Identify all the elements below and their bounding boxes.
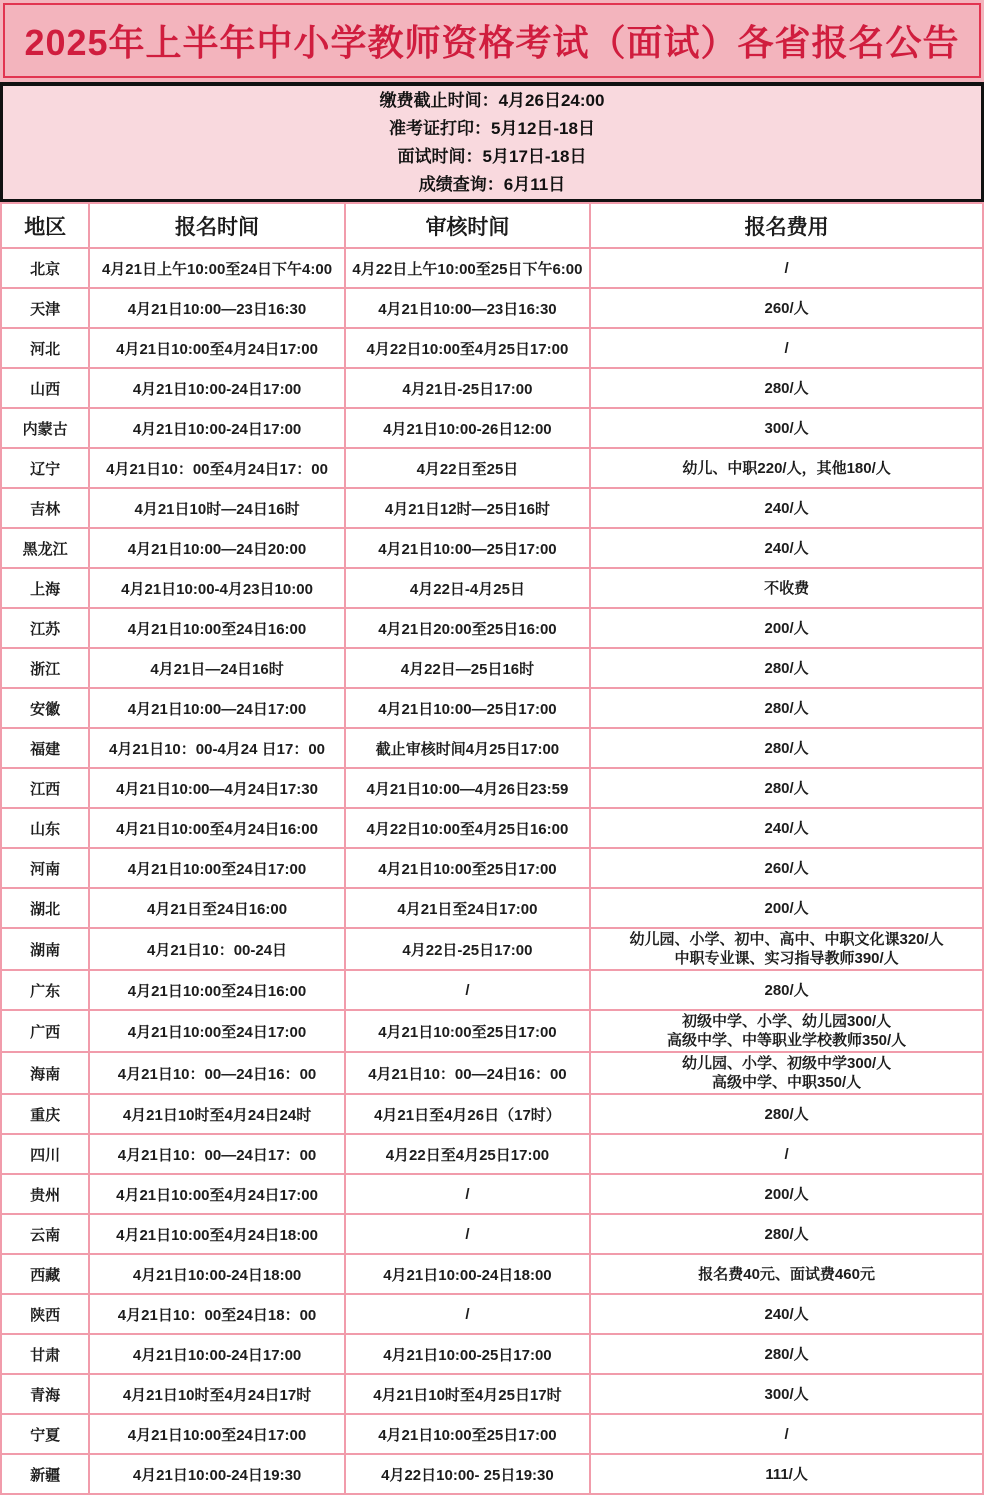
table-row: 安徽4月21日10:00—24日17:004月21日10:00—25日17:00… bbox=[1, 688, 983, 728]
fee-line: 240/人 bbox=[593, 539, 980, 558]
fee-cell: 幼儿园、小学、初级中学300/人高级中学、中职350/人 bbox=[590, 1052, 983, 1094]
fee-cell: 260/人 bbox=[590, 848, 983, 888]
audit-time-cell: 4月21日-25日17:00 bbox=[345, 368, 591, 408]
fee-cell: 报名费40元、面试费460元 bbox=[590, 1254, 983, 1294]
fee-line: / bbox=[593, 339, 980, 358]
table-row: 天津4月21日10:00—23日16:304月21日10:00—23日16:30… bbox=[1, 288, 983, 328]
title-banner: 2025年上半年中小学教师资格考试（面试）各省报名公告 bbox=[0, 0, 984, 82]
region-cell: 甘肃 bbox=[1, 1334, 89, 1374]
table-row: 湖北4月21日至24日16:004月21日至24日17:00200/人 bbox=[1, 888, 983, 928]
audit-time-cell: 4月22日-25日17:00 bbox=[345, 928, 591, 970]
audit-time-cell: / bbox=[345, 970, 591, 1010]
signup-time-cell: 4月21日10:00-24日19:30 bbox=[89, 1454, 344, 1494]
region-cell: 黑龙江 bbox=[1, 528, 89, 568]
fee-cell: / bbox=[590, 1134, 983, 1174]
audit-time-cell: 4月21日10:00—23日16:30 bbox=[345, 288, 591, 328]
region-cell: 山东 bbox=[1, 808, 89, 848]
region-cell: 西藏 bbox=[1, 1254, 89, 1294]
fee-cell: 200/人 bbox=[590, 888, 983, 928]
fee-line: 240/人 bbox=[593, 1305, 980, 1324]
region-cell: 山西 bbox=[1, 368, 89, 408]
signup-time-cell: 4月21日10:00-24日18:00 bbox=[89, 1254, 344, 1294]
audit-time-cell: 4月22日上午10:00至25日下午6:00 bbox=[345, 248, 591, 288]
title-frame: 2025年上半年中小学教师资格考试（面试）各省报名公告 bbox=[3, 3, 981, 78]
audit-time-cell: / bbox=[345, 1294, 591, 1334]
table-row: 浙江4月21日—24日16时4月22日—25日16时280/人 bbox=[1, 648, 983, 688]
table-row: 福建4月21日10：00-4月24 日17：00截止审核时间4月25日17:00… bbox=[1, 728, 983, 768]
fee-cell: 280/人 bbox=[590, 1334, 983, 1374]
fee-cell: 200/人 bbox=[590, 608, 983, 648]
fee-cell: 280/人 bbox=[590, 970, 983, 1010]
fee-line: 240/人 bbox=[593, 819, 980, 838]
fee-cell: 幼儿、中职220/人，其他180/人 bbox=[590, 448, 983, 488]
audit-time-cell: 4月21日10:00至25日17:00 bbox=[345, 1010, 591, 1052]
fee-cell: 280/人 bbox=[590, 1214, 983, 1254]
fee-cell: 初级中学、小学、幼儿园300/人高级中学、中等职业学校教师350/人 bbox=[590, 1010, 983, 1052]
region-cell: 贵州 bbox=[1, 1174, 89, 1214]
table-row: 四川4月21日10：00—24日17：004月22日至4月25日17:00/ bbox=[1, 1134, 983, 1174]
table-row: 广西4月21日10:00至24日17:004月21日10:00至25日17:00… bbox=[1, 1010, 983, 1052]
fee-cell: 240/人 bbox=[590, 1294, 983, 1334]
table-row: 江苏4月21日10:00至24日16:004月21日20:00至25日16:00… bbox=[1, 608, 983, 648]
table-row: 云南4月21日10:00至4月24日18:00/280/人 bbox=[1, 1214, 983, 1254]
table-row: 青海4月21日10时至4月24日17时4月21日10时至4月25日17时300/… bbox=[1, 1374, 983, 1414]
fee-line: 280/人 bbox=[593, 1225, 980, 1244]
audit-time-cell: / bbox=[345, 1214, 591, 1254]
region-cell: 陕西 bbox=[1, 1294, 89, 1334]
region-cell: 重庆 bbox=[1, 1094, 89, 1134]
audit-time-cell: 4月21日10:00-26日12:00 bbox=[345, 408, 591, 448]
region-cell: 北京 bbox=[1, 248, 89, 288]
fee-cell: 不收费 bbox=[590, 568, 983, 608]
region-cell: 上海 bbox=[1, 568, 89, 608]
fee-line: 200/人 bbox=[593, 899, 980, 918]
fee-line: 200/人 bbox=[593, 619, 980, 638]
region-cell: 四川 bbox=[1, 1134, 89, 1174]
fee-cell: 111/人 bbox=[590, 1454, 983, 1494]
signup-time-cell: 4月21日10时至4月24日24时 bbox=[89, 1094, 344, 1134]
audit-time-cell: / bbox=[345, 1174, 591, 1214]
table-row: 贵州4月21日10:00至4月24日17:00/200/人 bbox=[1, 1174, 983, 1214]
fee-cell: 300/人 bbox=[590, 408, 983, 448]
table-row: 河北4月21日10:00至4月24日17:004月22日10:00至4月25日1… bbox=[1, 328, 983, 368]
table-row: 重庆4月21日10时至4月24日24时4月21日至4月26日（17时）280/人 bbox=[1, 1094, 983, 1134]
audit-time-cell: 4月22日10:00至4月25日17:00 bbox=[345, 328, 591, 368]
signup-time-cell: 4月21日10：00—24日16：00 bbox=[89, 1052, 344, 1094]
fee-cell: 300/人 bbox=[590, 1374, 983, 1414]
region-cell: 湖南 bbox=[1, 928, 89, 970]
signup-time-cell: 4月21日10:00—24日17:00 bbox=[89, 688, 344, 728]
signup-time-cell: 4月21日10:00至4月24日18:00 bbox=[89, 1214, 344, 1254]
audit-time-cell: 4月21日10:00—25日17:00 bbox=[345, 528, 591, 568]
signup-time-cell: 4月21日10:00—4月24日17:30 bbox=[89, 768, 344, 808]
fee-line: / bbox=[593, 1425, 980, 1444]
fee-cell: 幼儿园、小学、初中、高中、中职文化课320/人中职专业课、实习指导教师390/人 bbox=[590, 928, 983, 970]
audit-time-cell: 4月21日12时—25日16时 bbox=[345, 488, 591, 528]
table-row: 内蒙古4月21日10:00-24日17:004月21日10:00-26日12:0… bbox=[1, 408, 983, 448]
signup-time-cell: 4月21日至24日16:00 bbox=[89, 888, 344, 928]
table-row: 北京4月21日上午10:00至24日下午4:004月22日上午10:00至25日… bbox=[1, 248, 983, 288]
signup-time-cell: 4月21日10时—24日16时 bbox=[89, 488, 344, 528]
notice-line-payment-deadline: 缴费截止时间：4月26日24:00 bbox=[3, 88, 981, 114]
table-row: 黑龙江4月21日10:00—24日20:004月21日10:00—25日17:0… bbox=[1, 528, 983, 568]
region-cell: 江苏 bbox=[1, 608, 89, 648]
header-signup-time: 报名时间 bbox=[89, 203, 344, 248]
fee-cell: 280/人 bbox=[590, 648, 983, 688]
table-row: 上海4月21日10:00-4月23日10:004月22日-4月25日不收费 bbox=[1, 568, 983, 608]
signup-time-cell: 4月21日上午10:00至24日下午4:00 bbox=[89, 248, 344, 288]
region-cell: 天津 bbox=[1, 288, 89, 328]
signup-time-cell: 4月21日10:00—24日20:00 bbox=[89, 528, 344, 568]
signup-time-cell: 4月21日10:00-24日17:00 bbox=[89, 1334, 344, 1374]
fee-line: 280/人 bbox=[593, 981, 980, 1000]
signup-time-cell: 4月21日10：00-4月24 日17：00 bbox=[89, 728, 344, 768]
registration-table: 地区 报名时间 审核时间 报名费用 北京4月21日上午10:00至24日下午4:… bbox=[0, 202, 984, 1495]
fee-line: 初级中学、小学、幼儿园300/人 bbox=[593, 1012, 980, 1031]
signup-time-cell: 4月21日10:00至24日17:00 bbox=[89, 1010, 344, 1052]
signup-time-cell: 4月21日10:00-24日17:00 bbox=[89, 368, 344, 408]
signup-time-cell: 4月21日10：00至4月24日17：00 bbox=[89, 448, 344, 488]
fee-line: 高级中学、中职350/人 bbox=[593, 1073, 980, 1092]
fee-line: 幼儿园、小学、初中、高中、中职文化课320/人 bbox=[593, 930, 980, 949]
fee-cell: 240/人 bbox=[590, 808, 983, 848]
region-cell: 新疆 bbox=[1, 1454, 89, 1494]
table-row: 湖南4月21日10：00-24日4月22日-25日17:00幼儿园、小学、初中、… bbox=[1, 928, 983, 970]
notice-line-interview-time: 面试时间：5月17日-18日 bbox=[3, 144, 981, 170]
signup-time-cell: 4月21日10时至4月24日17时 bbox=[89, 1374, 344, 1414]
signup-time-cell: 4月21日10:00至24日16:00 bbox=[89, 608, 344, 648]
audit-time-cell: 4月22日至4月25日17:00 bbox=[345, 1134, 591, 1174]
fee-cell: 280/人 bbox=[590, 768, 983, 808]
region-cell: 河南 bbox=[1, 848, 89, 888]
fee-line: 280/人 bbox=[593, 699, 980, 718]
audit-time-cell: 4月21日10:00—25日17:00 bbox=[345, 688, 591, 728]
audit-time-cell: 4月21日10:00-24日18:00 bbox=[345, 1254, 591, 1294]
fee-line: 260/人 bbox=[593, 859, 980, 878]
region-cell: 青海 bbox=[1, 1374, 89, 1414]
audit-time-cell: 4月21日10:00至25日17:00 bbox=[345, 848, 591, 888]
page-title: 2025年上半年中小学教师资格考试（面试）各省报名公告 bbox=[24, 15, 959, 66]
fee-cell: 200/人 bbox=[590, 1174, 983, 1214]
region-cell: 海南 bbox=[1, 1052, 89, 1094]
table-row: 新疆4月21日10:00-24日19:304月22日10:00- 25日19:3… bbox=[1, 1454, 983, 1494]
signup-time-cell: 4月21日10：00至24日18：00 bbox=[89, 1294, 344, 1334]
region-cell: 广西 bbox=[1, 1010, 89, 1052]
audit-time-cell: 4月21日至24日17:00 bbox=[345, 888, 591, 928]
audit-time-cell: 4月21日10:00至25日17:00 bbox=[345, 1414, 591, 1454]
signup-time-cell: 4月21日10：00-24日 bbox=[89, 928, 344, 970]
header-fee: 报名费用 bbox=[590, 203, 983, 248]
region-cell: 湖北 bbox=[1, 888, 89, 928]
fee-line: 300/人 bbox=[593, 419, 980, 438]
table-row: 辽宁4月21日10：00至4月24日17：004月22日至25日幼儿、中职220… bbox=[1, 448, 983, 488]
region-cell: 河北 bbox=[1, 328, 89, 368]
region-cell: 云南 bbox=[1, 1214, 89, 1254]
fee-line: 280/人 bbox=[593, 1105, 980, 1124]
fee-line: 不收费 bbox=[593, 579, 980, 598]
fee-cell: 260/人 bbox=[590, 288, 983, 328]
table-row: 海南4月21日10：00—24日16：004月21日10：00—24日16：00… bbox=[1, 1052, 983, 1094]
announcement-page: 2025年上半年中小学教师资格考试（面试）各省报名公告 缴费截止时间：4月26日… bbox=[0, 0, 984, 1495]
table-row: 宁夏4月21日10:00至24日17:004月21日10:00至25日17:00… bbox=[1, 1414, 983, 1454]
fee-line: 报名费40元、面试费460元 bbox=[593, 1265, 980, 1284]
signup-time-cell: 4月21日10:00至24日17:00 bbox=[89, 1414, 344, 1454]
fee-line: 280/人 bbox=[593, 659, 980, 678]
audit-time-cell: 4月22日10:00至4月25日16:00 bbox=[345, 808, 591, 848]
table-head: 地区 报名时间 审核时间 报名费用 bbox=[1, 203, 983, 248]
audit-time-cell: 4月21日10时至4月25日17时 bbox=[345, 1374, 591, 1414]
audit-time-cell: 4月21日10:00—4月26日23:59 bbox=[345, 768, 591, 808]
fee-cell: 240/人 bbox=[590, 488, 983, 528]
signup-time-cell: 4月21日10:00-4月23日10:00 bbox=[89, 568, 344, 608]
region-cell: 辽宁 bbox=[1, 448, 89, 488]
fee-line: 280/人 bbox=[593, 779, 980, 798]
audit-time-cell: 4月22日至25日 bbox=[345, 448, 591, 488]
fee-cell: / bbox=[590, 328, 983, 368]
fee-line: 幼儿园、小学、初级中学300/人 bbox=[593, 1054, 980, 1073]
table-row: 甘肃4月21日10:00-24日17:004月21日10:00-25日17:00… bbox=[1, 1334, 983, 1374]
audit-time-cell: 截止审核时间4月25日17:00 bbox=[345, 728, 591, 768]
fee-line: 280/人 bbox=[593, 739, 980, 758]
fee-line: / bbox=[593, 259, 980, 278]
region-cell: 浙江 bbox=[1, 648, 89, 688]
fee-cell: / bbox=[590, 248, 983, 288]
header-region: 地区 bbox=[1, 203, 89, 248]
fee-line: 幼儿、中职220/人，其他180/人 bbox=[593, 459, 980, 478]
table-row: 陕西4月21日10：00至24日18：00/240/人 bbox=[1, 1294, 983, 1334]
signup-time-cell: 4月21日10：00—24日17：00 bbox=[89, 1134, 344, 1174]
signup-time-cell: 4月21日10:00至4月24日17:00 bbox=[89, 328, 344, 368]
fee-line: 280/人 bbox=[593, 1345, 980, 1364]
table-body: 北京4月21日上午10:00至24日下午4:004月22日上午10:00至25日… bbox=[1, 248, 983, 1494]
fee-cell: / bbox=[590, 1414, 983, 1454]
fee-line: 200/人 bbox=[593, 1185, 980, 1204]
table-row: 山西4月21日10:00-24日17:004月21日-25日17:00280/人 bbox=[1, 368, 983, 408]
signup-time-cell: 4月21日10:00-24日17:00 bbox=[89, 408, 344, 448]
signup-time-cell: 4月21日10:00至24日17:00 bbox=[89, 848, 344, 888]
region-cell: 吉林 bbox=[1, 488, 89, 528]
fee-line: 280/人 bbox=[593, 379, 980, 398]
region-cell: 福建 bbox=[1, 728, 89, 768]
fee-cell: 280/人 bbox=[590, 1094, 983, 1134]
notice-line-ticket-print: 准考证打印：5月12日-18日 bbox=[3, 116, 981, 142]
table-row: 吉林4月21日10时—24日16时4月21日12时—25日16时240/人 bbox=[1, 488, 983, 528]
audit-time-cell: 4月22日—25日16时 bbox=[345, 648, 591, 688]
region-cell: 江西 bbox=[1, 768, 89, 808]
fee-cell: 280/人 bbox=[590, 728, 983, 768]
notice-panel: 缴费截止时间：4月26日24:00 准考证打印：5月12日-18日 面试时间：5… bbox=[0, 82, 984, 202]
fee-line: 300/人 bbox=[593, 1385, 980, 1404]
fee-line: 260/人 bbox=[593, 299, 980, 318]
fee-line: 111/人 bbox=[593, 1465, 980, 1484]
signup-time-cell: 4月21日10:00—23日16:30 bbox=[89, 288, 344, 328]
region-cell: 宁夏 bbox=[1, 1414, 89, 1454]
signup-time-cell: 4月21日10:00至4月24日16:00 bbox=[89, 808, 344, 848]
audit-time-cell: 4月21日10:00-25日17:00 bbox=[345, 1334, 591, 1374]
table-row: 河南4月21日10:00至24日17:004月21日10:00至25日17:00… bbox=[1, 848, 983, 888]
region-cell: 广东 bbox=[1, 970, 89, 1010]
notice-line-score-query: 成绩查询：6月11日 bbox=[3, 172, 981, 198]
fee-line: 高级中学、中等职业学校教师350/人 bbox=[593, 1031, 980, 1050]
fee-line: / bbox=[593, 1145, 980, 1164]
table-row: 广东4月21日10:00至24日16:00/280/人 bbox=[1, 970, 983, 1010]
fee-line: 240/人 bbox=[593, 499, 980, 518]
fee-cell: 280/人 bbox=[590, 688, 983, 728]
table-row: 山东4月21日10:00至4月24日16:004月22日10:00至4月25日1… bbox=[1, 808, 983, 848]
signup-time-cell: 4月21日—24日16时 bbox=[89, 648, 344, 688]
signup-time-cell: 4月21日10:00至4月24日17:00 bbox=[89, 1174, 344, 1214]
region-cell: 内蒙古 bbox=[1, 408, 89, 448]
audit-time-cell: 4月21日至4月26日（17时） bbox=[345, 1094, 591, 1134]
audit-time-cell: 4月21日20:00至25日16:00 bbox=[345, 608, 591, 648]
table-row: 江西4月21日10:00—4月24日17:304月21日10:00—4月26日2… bbox=[1, 768, 983, 808]
fee-cell: 240/人 bbox=[590, 528, 983, 568]
region-cell: 安徽 bbox=[1, 688, 89, 728]
audit-time-cell: 4月22日10:00- 25日19:30 bbox=[345, 1454, 591, 1494]
table-header-row: 地区 报名时间 审核时间 报名费用 bbox=[1, 203, 983, 248]
table-row: 西藏4月21日10:00-24日18:004月21日10:00-24日18:00… bbox=[1, 1254, 983, 1294]
header-audit-time: 审核时间 bbox=[345, 203, 591, 248]
fee-line: 中职专业课、实习指导教师390/人 bbox=[593, 949, 980, 968]
fee-cell: 280/人 bbox=[590, 368, 983, 408]
audit-time-cell: 4月22日-4月25日 bbox=[345, 568, 591, 608]
signup-time-cell: 4月21日10:00至24日16:00 bbox=[89, 970, 344, 1010]
audit-time-cell: 4月21日10：00—24日16：00 bbox=[345, 1052, 591, 1094]
